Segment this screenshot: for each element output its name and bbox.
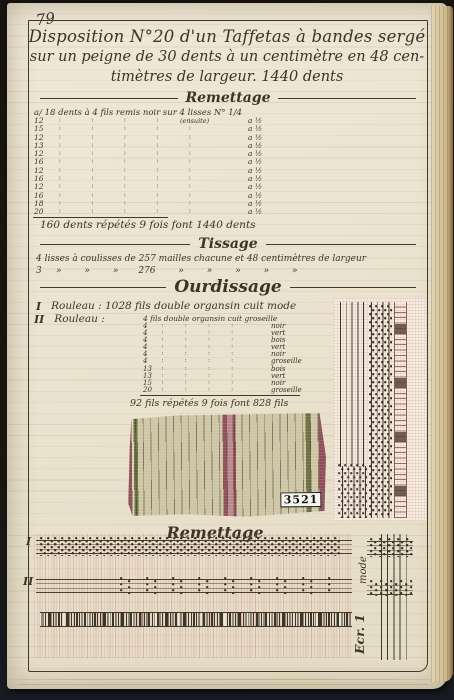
table-row: 12 ∶ ∶ ∶ ∶ ∶ a ½: [34, 117, 304, 125]
page-edge-line: [18, 679, 438, 680]
ditto-marks: ∶ ∶ ∶ ∶ ∶: [58, 142, 248, 150]
ditto-marks: ∶ ∶ ∶ ∶ ∶: [58, 175, 248, 183]
ditto-marks: ∶ ∶ ∶ ∶ ∶: [58, 208, 248, 216]
page-edge-stack: [431, 6, 453, 682]
table-row: 16 ∶ ∶ ∶ ∶ ∶ a ½: [34, 192, 304, 200]
ditto-marks: ∶ ∶ ∶ ∶: [161, 330, 271, 337]
table-row: 4 ∶ ∶ ∶ ∶ vert: [143, 330, 328, 337]
table-row: 12 ∶ ∶ ∶ ∶ ∶ a ½: [34, 183, 304, 191]
ditto-marks: ∶ ∶ ∶ ∶ ∶: [58, 158, 248, 166]
rule-left: [40, 98, 178, 99]
rouleau-1-text: Rouleau : 1028 fils double organsin cuit…: [51, 300, 296, 313]
rule-left: [40, 287, 166, 288]
ditto-marks: ∶ ∶ ∶ ∶: [161, 366, 271, 373]
ditto-marks: ∶ ∶ ∶ ∶ ∶: [58, 200, 248, 208]
rule-right: [278, 98, 416, 99]
title-line-2: sur un peigne de 30 dents à un centimètr…: [28, 49, 426, 65]
remettage-table: 12 ∶ ∶ ∶ ∶ ∶ a ½ 15 ∶ ∶ ∶ ∶ ∶ a ½ 12 ∶ ∶: [34, 117, 304, 217]
table-row: 13 ∶ ∶ ∶ ∶ vert: [143, 373, 328, 380]
ditto-marks: ∶ ∶ ∶ ∶ ∶: [58, 192, 248, 200]
ditto-marks: ∶ ∶ ∶ ∶ ∶: [58, 150, 248, 158]
tissage-line-2: 3 » » » 276 » » » » »: [36, 266, 298, 276]
table-row: 16 ∶ ∶ ∶ ∶ ∶ a ½: [34, 175, 304, 183]
ditto-marks: ∶ ∶ ∶ ∶ ∶: [58, 167, 248, 175]
bottom-right-marks: [370, 538, 412, 557]
ourdissage-heading-row: Ourdissage: [40, 277, 416, 297]
ourdissage-table-header: 4 fils double organsin cuit groseille: [143, 314, 277, 323]
thread-color-name: groseille: [271, 387, 328, 394]
table-row: 15 ∶ ∶ ∶ ∶ ∶ a ½: [34, 125, 304, 133]
ditto-marks: ∶ ∶ ∶ ∶ ∶: [58, 183, 248, 191]
rouleau-1-line: I Rouleau : 1028 fils double organsin cu…: [36, 300, 296, 313]
draft-line-group-a: [340, 302, 364, 467]
table-row: 20 ∶ ∶ ∶ ∶ groseille: [143, 387, 328, 394]
ditto-marks: ∶ ∶ ∶ ∶: [161, 358, 271, 365]
ladder-column: [394, 302, 407, 518]
warp-color-band: [40, 612, 352, 627]
margin-note-ecru: Ecr. 1: [352, 598, 367, 654]
remettage-heading-row: Remettage: [40, 90, 416, 106]
remettage-total: 160 dents répétés 9 fois font 1440 dents: [40, 219, 256, 231]
rule-right: [266, 244, 416, 245]
draft-row-1-marks: [40, 537, 340, 556]
table-row: 4 ∶ ∶ ∶ ∶ groseille: [143, 358, 328, 365]
ditto-marks: ∶ ∶ ∶ ∶: [161, 323, 271, 330]
rouleau-2-numeral: II: [34, 313, 44, 326]
page-edge-line: [18, 684, 428, 685]
ditto-marks: ∶ ∶ ∶ ∶ ∶: [58, 117, 248, 125]
ditto-marks: ∶ ∶ ∶ ∶: [161, 373, 271, 380]
draft-marks: [369, 305, 392, 517]
rule-right: [290, 287, 416, 288]
draft-row-1-numeral: I: [26, 535, 31, 548]
tissage-heading: Tissage: [198, 236, 257, 252]
ourdissage-heading: Ourdissage: [174, 277, 281, 297]
tissage-line-1: 4 lisses à coulisses de 257 mailles chac…: [36, 254, 366, 264]
table-row: 12 ∶ ∶ ∶ ∶ ∶ a ½: [34, 134, 304, 142]
rule-left: [40, 244, 190, 245]
lisse-fraction: a ½: [248, 208, 288, 216]
ditto-marks: ∶ ∶ ∶ ∶: [161, 387, 271, 394]
table-row: 13 ∶ ∶ ∶ ∶ ∶ a ½: [34, 142, 304, 150]
margin-note-mode: mode: [358, 540, 369, 584]
table-row: 13 ∶ ∶ ∶ ∶ bois: [143, 366, 328, 373]
notebook-photo: 79 Disposition N°20 d'un Taffetas à band…: [0, 0, 454, 700]
ditto-marks: ∶ ∶ ∶ ∶ ∶: [58, 125, 248, 133]
draft-marks: [338, 464, 367, 518]
bottom-right-marks: [370, 580, 412, 596]
ourdissage-table: 4 ∶ ∶ ∶ ∶ noir 4 ∶ ∶ ∶ ∶ vert 4 ∶ ∶ ∶ ∶ …: [143, 323, 328, 394]
table-row: 18 ∶ ∶ ∶ ∶ ∶ a ½: [34, 200, 304, 208]
fabric-swatch: 3521: [127, 413, 326, 518]
ditto-marks: ∶ ∶ ∶ ∶ ∶: [58, 134, 248, 142]
ditto-marks: ∶ ∶ ∶ ∶: [161, 337, 271, 344]
table-row: 4 ∶ ∶ ∶ ∶ vert: [143, 344, 328, 351]
ourdissage-total: 92 fils répétés 9 fois font 828 fils: [130, 398, 288, 409]
rouleau-2-text: Rouleau :: [54, 313, 104, 326]
draft-row-2-numeral: II: [23, 575, 33, 588]
table-row: 12 ∶ ∶ ∶ ∶ ∶ a ½: [34, 150, 304, 158]
dent-count: 20: [34, 208, 58, 216]
table-row: 12 ∶ ∶ ∶ ∶ ∶ a ½: [34, 167, 304, 175]
ditto-marks: ∶ ∶ ∶ ∶: [161, 351, 271, 358]
tissage-heading-row: Tissage: [40, 236, 416, 252]
ditto-marks: ∶ ∶ ∶ ∶: [161, 344, 271, 351]
table-row: 4 ∶ ∶ ∶ ∶ bois: [143, 337, 328, 344]
title-line-3: timètres de largeur. 1440 dents: [28, 69, 426, 85]
table-row: 4 ∶ ∶ ∶ ∶ noir: [143, 323, 328, 330]
table-underline: [140, 395, 300, 396]
table-row: 16 ∶ ∶ ∶ ∶ ∶ a ½: [34, 158, 304, 166]
draft-row-2-marks: [120, 577, 335, 594]
swatch-number-label: 3521: [281, 492, 322, 507]
fil-count: 20: [143, 387, 161, 394]
table-underline: [33, 217, 168, 218]
title-line-1: Disposition N°20 d'un Taffetas à bandes …: [28, 27, 426, 46]
table-row: 20 ∶ ∶ ∶ ∶ ∶ a ½: [34, 208, 304, 216]
ditto-marks: ∶ ∶ ∶ ∶: [161, 380, 271, 387]
rouleau-2-line: II Rouleau :: [34, 313, 105, 326]
rouleau-1-numeral: I: [36, 300, 41, 313]
remettage-heading: Remettage: [186, 90, 271, 106]
